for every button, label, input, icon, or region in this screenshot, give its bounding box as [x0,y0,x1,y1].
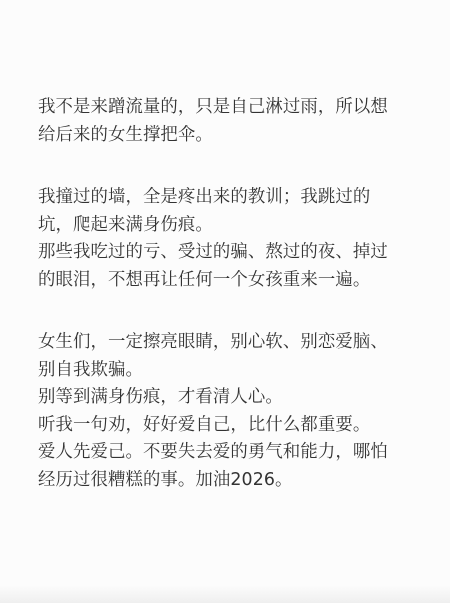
paragraph-intro: 我不是来蹭流量的，只是自己淋过雨，所以想 给后来的女生撑把伞。 [38,94,414,149]
text-line: 经历过很糟糕的事。加油2026。 [38,467,414,495]
text-line: 别等到满身伤痕，才看清人心。 [38,384,414,412]
text-line: 别自我欺骗。 [38,357,414,385]
text-line: 爱人先爱己。不要失去爱的勇气和能力，哪怕 [38,439,414,467]
paragraph-experience: 我撞过的墙，全是疼出来的教训；我跳过的 坑，爬起来满身伤痕。 那些我吃过的亏、受… [38,184,414,294]
text-line: 我撞过的墙，全是疼出来的教训；我跳过的 [38,184,414,212]
text-line: 坑，爬起来满身伤痕。 [38,212,414,240]
text-line: 听我一句劝，好好爱自己，比什么都重要。 [38,412,414,440]
bottom-fade-divider [0,585,450,603]
text-line: 我不是来蹭流量的，只是自己淋过雨，所以想 [38,94,414,122]
text-line: 那些我吃过的亏、受过的骗、熬过的夜、掉过 [38,239,414,267]
text-line: 的眼泪，不想再让任何一个女孩重来一遍。 [38,267,414,295]
text-line: 女生们，一定擦亮眼睛，别心软、别恋爱脑、 [38,329,414,357]
post-body: 我不是来蹭流量的，只是自己淋过雨，所以想 给后来的女生撑把伞。 我撞过的墙，全是… [38,94,414,529]
text-line: 给后来的女生撑把伞。 [38,122,414,150]
paragraph-advice: 女生们，一定擦亮眼睛，别心软、别恋爱脑、 别自我欺骗。 别等到满身伤痕，才看清人… [38,329,414,494]
